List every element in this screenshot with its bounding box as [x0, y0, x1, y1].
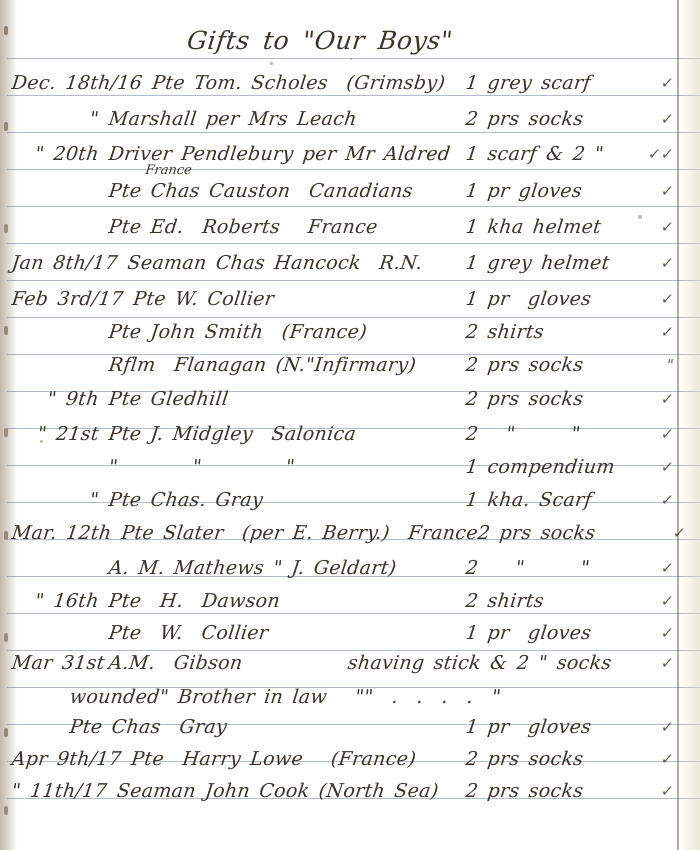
entry-gift: " . . . . " — [363, 684, 666, 710]
entry-recipient: " " " — [107, 454, 467, 480]
ledger-row: wounded" Brother in law " " . . . . " — [10, 682, 675, 710]
entry-gift: 2 prs socks — [464, 746, 649, 772]
ledger-row: Pte Chas Causton CanadiansFrance 1 pr gl… — [10, 176, 675, 204]
checkmark: ✓ — [646, 620, 675, 646]
checkmark: ✓ — [646, 70, 675, 96]
ledger-row: " Pte Chas. Gray 1 kha. Scarf ✓ — [10, 485, 675, 513]
ledger-row: " 20th Driver Pendlebury per Mr Aldred 1… — [10, 139, 675, 167]
entry-recipient: Rflm Flanagan (N."Infirmary) — [107, 352, 467, 378]
entry-recipient: Pte Chas. Gray — [107, 487, 467, 513]
entry-gift: shaving stick & 2 " socks — [346, 650, 649, 676]
entry-recipient: Pte Gledhill — [107, 386, 467, 412]
checkmark: ✓ — [646, 487, 675, 513]
entry-date: " 16th — [10, 588, 110, 614]
entry-gift: 1 compendium — [464, 454, 649, 480]
ledger-row: Pte Ed. Roberts France 1 kha helmet ✓ — [10, 212, 675, 240]
entry-gift: 2 " " — [464, 421, 649, 447]
checkmark: ✓ — [646, 106, 675, 132]
entry-gift: 1 pr gloves — [464, 178, 649, 204]
entry-recipient: Pte Tom. Scholes (Grimsby) — [151, 70, 468, 96]
entry-gift: 2 prs socks — [464, 386, 649, 412]
checkmark: ✓ — [646, 421, 675, 447]
entry-recipient: Pte Slater (per E. Berry.) France — [120, 520, 480, 546]
paper-speck — [350, 58, 352, 60]
entry-date: Mar. 12th — [10, 520, 123, 546]
entry-gift: 2 prs socks — [464, 106, 649, 132]
entry-recipient: Pte Ed. Roberts France — [107, 214, 467, 240]
entry-recipient: Pte Chas Gray — [68, 714, 467, 740]
entry-date: " 21st — [10, 421, 110, 447]
checkmark: ✓ — [646, 250, 675, 276]
checkmark: ✓ — [646, 714, 675, 740]
entry-date: " — [10, 487, 110, 513]
entry-gift: 2 prs socks — [464, 352, 649, 378]
entry-gift: 2 shirts — [464, 319, 649, 345]
ledger-row: Rflm Flanagan (N."Infirmary) 2 prs socks… — [10, 350, 675, 378]
entry-recipient: Seaman John Cook (North Sea) — [115, 778, 467, 804]
entry-recipient: Pte H. Dawson — [107, 588, 467, 614]
entry-recipient: Pte J. Midgley Salonica — [107, 421, 467, 447]
entry-gift: 1 grey scarf — [464, 70, 649, 96]
ledger-row: " 11th/17 Seaman John Cook (North Sea) 2… — [10, 776, 675, 804]
entry-gift: 2 prs socks — [476, 520, 661, 546]
entry-recipient: Pte W. Collier — [107, 620, 467, 646]
entry-recipient: A. M. Mathews " J. Geldart) — [107, 555, 467, 581]
checkmark: ✓ — [646, 746, 675, 772]
checkmark: ✓ — [646, 778, 675, 804]
entry-date: Jan 8th/17 — [10, 250, 129, 276]
ledger-row: " 21st Pte J. Midgley Salonica 2 " " ✓ — [10, 419, 675, 447]
entry-gift: 2 shirts — [464, 588, 649, 614]
checkmark: ✓ — [646, 214, 675, 240]
checkmark: ✓ — [646, 555, 675, 581]
ledger-row: Pte W. Collier 1 pr gloves ✓ — [10, 618, 675, 646]
entry-date: " 20th — [10, 141, 110, 167]
checkmark: ✓ — [646, 319, 675, 345]
entry-recipient: Pte Harry Lowe (France) — [130, 746, 468, 772]
entry-recipient: Seaman Chas Hancock R.N. — [126, 250, 467, 276]
entry-date: " 9th — [10, 386, 110, 412]
entry-date: Feb 3rd/17 — [10, 286, 135, 312]
entry-gift: 1 scarf & 2 " — [464, 141, 649, 167]
entry-date: " — [10, 106, 110, 132]
checkmark: ✓ — [646, 454, 675, 480]
entry-gift: 1 grey helmet — [464, 250, 649, 276]
page-edge — [679, 0, 700, 850]
entry-gift: 1 kha helmet — [464, 214, 649, 240]
ledger-row: Apr 9th/17 Pte Harry Lowe (France) 2 prs… — [10, 744, 675, 772]
entry-gift: 1 pr gloves — [464, 286, 649, 312]
checkmark: ✓ — [646, 650, 675, 676]
checkmark: ✓ — [646, 178, 675, 204]
ledger-row: A. M. Mathews " J. Geldart) 2 " " ✓ — [10, 553, 675, 581]
entry-gift: 1 pr gloves — [464, 714, 649, 740]
entry-recipient: Pte John Smith (France) — [107, 319, 467, 345]
ledger-row: Mar 31st A.M. Gibson shaving stick & 2 "… — [10, 648, 675, 676]
entry-gift: 2 " " — [464, 555, 649, 581]
page-title: Gifts to "Our Boys" — [0, 26, 642, 55]
ledger-row: Pte John Smith (France) 2 shirts ✓ — [10, 317, 675, 345]
checkmark: ✓ — [646, 386, 675, 412]
checkmark: ✓✓ — [646, 141, 675, 167]
entry-date: Dec. 18th/16 — [10, 70, 154, 96]
checkmark: ✓ — [646, 588, 675, 614]
entry-date: Apr 9th/17 — [10, 746, 133, 772]
entry-gift: 2 prs socks — [464, 778, 649, 804]
entry-date: Mar 31st — [10, 650, 110, 676]
entry-date: " 11th/17 — [10, 778, 118, 804]
ledger-row: Pte Chas Gray 1 pr gloves ✓ — [10, 712, 675, 740]
checkmark: ✓ — [646, 286, 675, 312]
entry-recipient: Marshall per Mrs Leach — [107, 106, 467, 132]
entry-recipient: wounded" Brother in law " — [68, 684, 365, 710]
entry-recipient: A.M. Gibson — [107, 650, 349, 676]
checkmark: " — [646, 352, 675, 378]
entry-recipient: Pte W. Collier — [132, 286, 468, 312]
entry-gift: 1 kha. Scarf — [464, 487, 649, 513]
ledger-row: " Marshall per Mrs Leach 2 prs socks ✓ — [10, 104, 675, 132]
ledger-row: " " " 1 compendium ✓ — [10, 452, 675, 480]
ledger-row: Jan 8th/17 Seaman Chas Hancock R.N. 1 gr… — [10, 248, 675, 276]
ledger-row: Feb 3rd/17 Pte W. Collier 1 pr gloves ✓ — [10, 284, 675, 312]
ledger-row: " 16th Pte H. Dawson 2 shirts ✓ — [10, 586, 675, 614]
checkmark: ✓ — [658, 520, 687, 546]
entry-recipient: Pte Chas Causton CanadiansFrance — [107, 178, 467, 204]
ledger-row: Mar. 12th Pte Slater (per E. Berry.) Fra… — [10, 518, 675, 546]
ledger-row: " 9th Pte Gledhill 2 prs socks ✓ — [10, 384, 675, 412]
ledger-page: Gifts to "Our Boys" Dec. 18th/16 Pte Tom… — [0, 0, 700, 850]
ledger-row: Dec. 18th/16 Pte Tom. Scholes (Grimsby) … — [10, 68, 675, 96]
paper-speck — [270, 62, 273, 65]
entry-note-above: France — [145, 164, 193, 177]
entry-gift: 1 pr gloves — [464, 620, 649, 646]
